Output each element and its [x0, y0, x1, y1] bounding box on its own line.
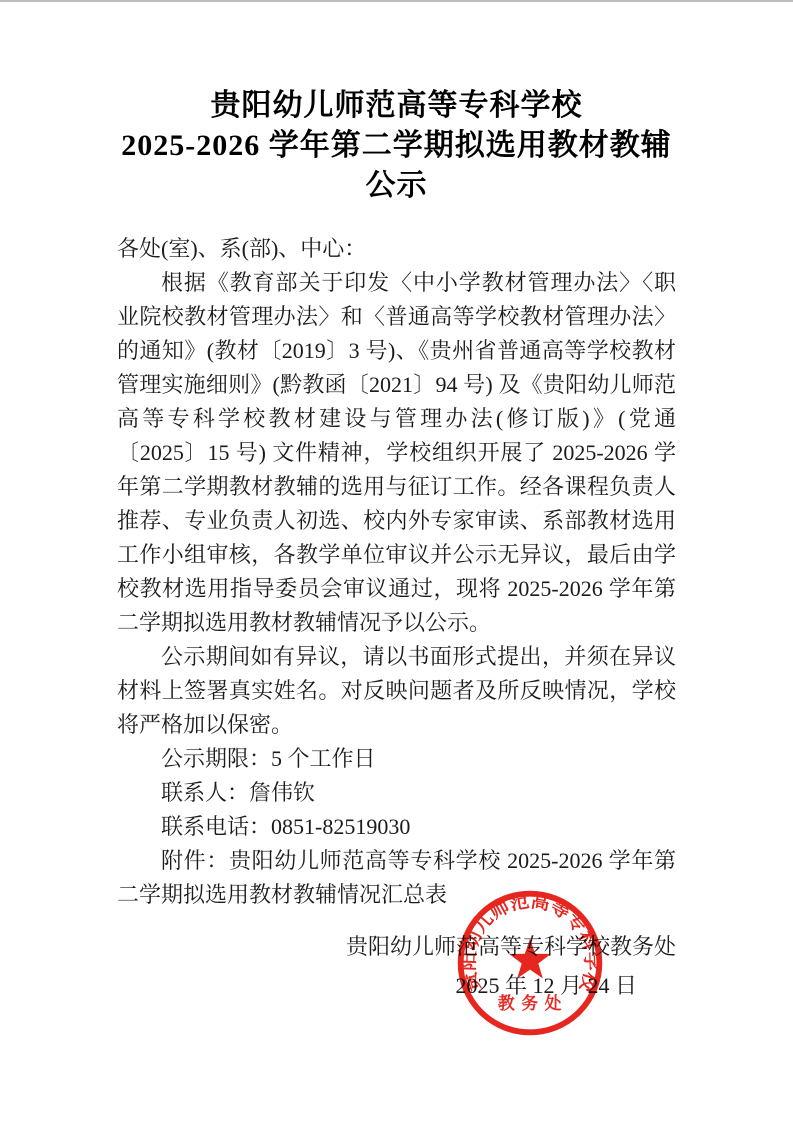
document-body: 各处(室)、系(部)、中心： 根据《教育部关于印发〈中小学教材管理办法〉〈职业院…	[117, 232, 676, 912]
detail-line-phone: 联系电话：0851-82519030	[117, 810, 676, 844]
signature-block: 贵阳幼儿师范高等专科学校教务处 2025 年 12 月 24 日	[0, 930, 793, 1003]
salutation-line: 各处(室)、系(部)、中心：	[117, 232, 676, 266]
document-title: 贵阳幼儿师范高等专科学校 2025-2026 学年第二学期拟选用教材教辅 公示	[0, 2, 793, 206]
title-line-semester: 2025-2026 学年第二学期拟选用教材教辅	[0, 126, 793, 166]
detail-line-period: 公示期限：5 个工作日	[117, 742, 676, 776]
paragraph-basis: 根据《教育部关于印发〈中小学教材管理办法〉〈职业院校教材管理办法〉和〈普通高等学…	[117, 266, 676, 640]
signature-date: 2025 年 12 月 24 日	[0, 969, 793, 1003]
detail-line-attachment: 附件：贵阳幼儿师范高等专科学校 2025-2026 学年第二学期拟选用教材教辅情…	[117, 844, 676, 912]
notice-document-page: 贵阳幼儿师范高等专科学校 2025-2026 学年第二学期拟选用教材教辅 公示 …	[0, 0, 793, 1122]
signature-department: 贵阳幼儿师范高等专科学校教务处	[0, 930, 793, 964]
paragraph-objection: 公示期间如有异议，请以书面形式提出，并须在异议材料上签署真实姓名。对反映问题者及…	[117, 640, 676, 742]
title-line-notice: 公示	[0, 166, 793, 206]
detail-line-contact-person: 联系人：詹伟钦	[117, 776, 676, 810]
title-line-school-name: 贵阳幼儿师范高等专科学校	[0, 86, 793, 126]
